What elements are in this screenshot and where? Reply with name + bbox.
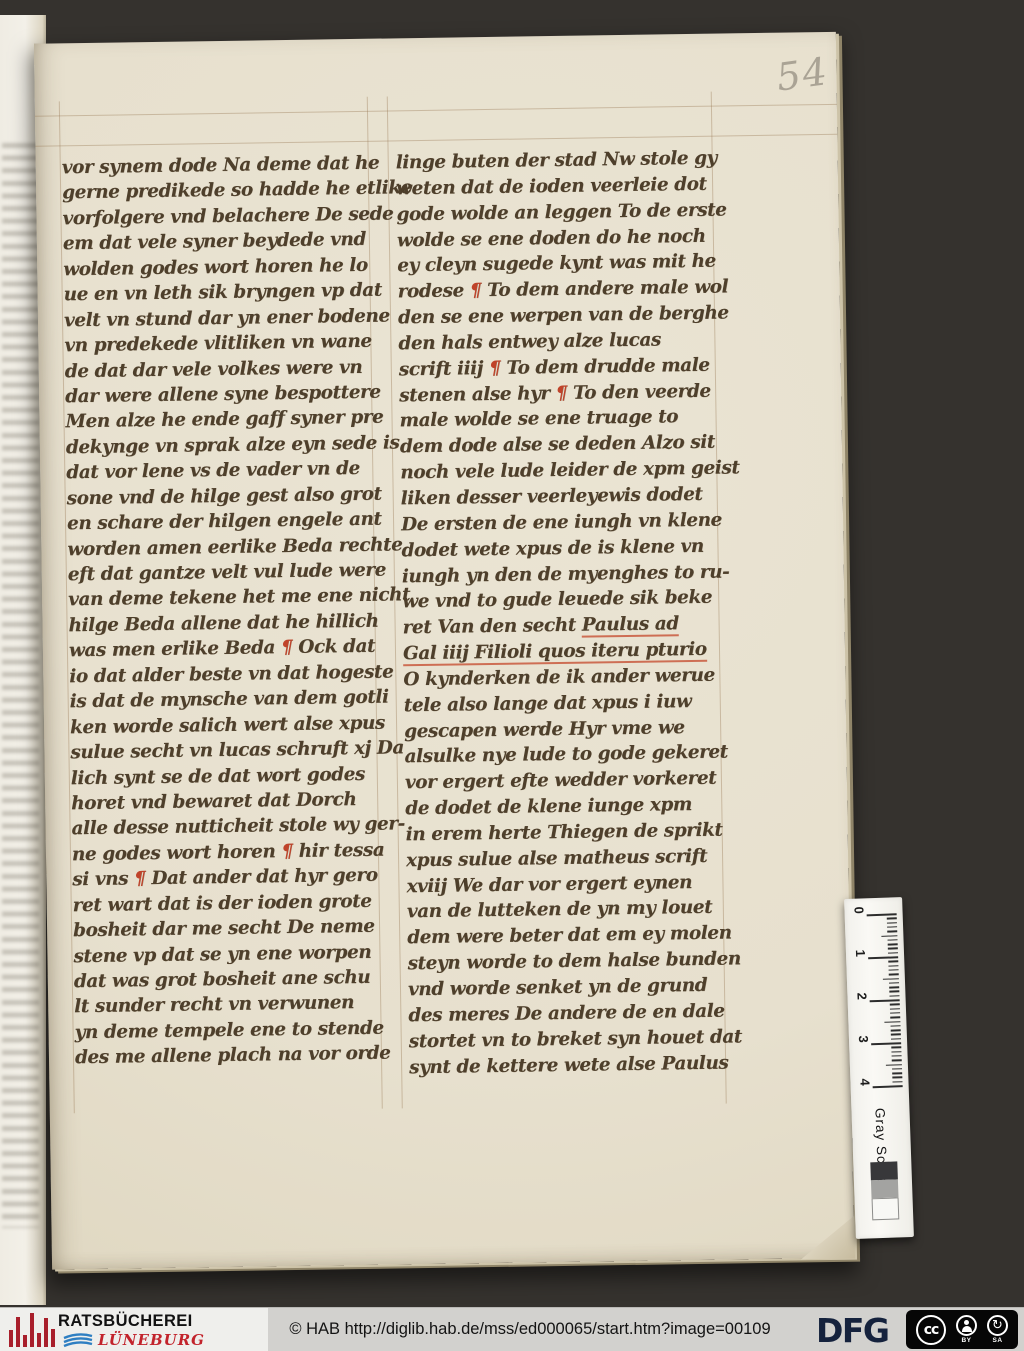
copyright-url: © HAB http://diglib.hab.de/mss/ed000065/… bbox=[250, 1308, 810, 1351]
ruler-tick bbox=[888, 943, 898, 945]
ruler-tick bbox=[891, 1029, 901, 1031]
cc-icon: cc bbox=[916, 1315, 946, 1345]
gray-patch-mid bbox=[871, 1179, 899, 1198]
ruler-tick bbox=[889, 969, 899, 971]
ruler-tick bbox=[889, 973, 899, 975]
library-logo: RATSBÜCHEREI LÜNEBURG bbox=[58, 1312, 205, 1349]
ruler-number: 4 bbox=[857, 1078, 872, 1086]
ruler-tick bbox=[890, 1004, 900, 1006]
ruler-tick bbox=[889, 982, 899, 984]
manuscript-line: des me allene plach na vor orde bbox=[75, 1041, 391, 1071]
sa-label: SA bbox=[992, 1337, 1002, 1344]
manuscript-line: vn predekede vlitliken vn wane bbox=[64, 329, 380, 359]
cc-letters: cc bbox=[924, 1322, 939, 1338]
ruler-tick bbox=[891, 1025, 901, 1027]
ruler-tick bbox=[887, 922, 897, 924]
ruler-tick bbox=[890, 1008, 900, 1010]
ruler-tick bbox=[888, 948, 898, 950]
ruler-tick bbox=[890, 1016, 900, 1018]
text-column-right: linge buten der stad Nw stole gyweten da… bbox=[396, 146, 736, 1081]
grayscale-ruler: 01234 Gray Scale bbox=[844, 897, 914, 1239]
ruler-tick bbox=[870, 999, 900, 1002]
ruler-tick bbox=[892, 1068, 902, 1070]
ruler-tick bbox=[889, 986, 899, 988]
manuscript-line: den se ene werpen van de berghe bbox=[398, 301, 724, 332]
digitized-manuscript-scan: { "manuscript": { "folio_number": "54", … bbox=[0, 0, 1024, 1351]
ruler-tick bbox=[887, 930, 897, 932]
manuscript-line: we vnd to gude leuede sik beke bbox=[402, 585, 728, 616]
showthrough-text bbox=[2, 143, 39, 1228]
by-label: BY bbox=[961, 1337, 971, 1344]
ruler-tick bbox=[891, 1038, 901, 1040]
by-person-icon bbox=[956, 1315, 977, 1336]
ruler-tick bbox=[892, 1077, 902, 1079]
ruler-tick bbox=[892, 1072, 902, 1074]
ruler-tick bbox=[871, 1042, 901, 1045]
ruler-tick bbox=[891, 1051, 901, 1053]
folio-number: 54 bbox=[774, 49, 832, 100]
cc-license-badge: cc BY ↻ SA bbox=[906, 1310, 1018, 1349]
ruler-tick bbox=[886, 1064, 902, 1066]
ruler-tick bbox=[873, 1085, 903, 1088]
ruler-number: 3 bbox=[856, 1035, 871, 1043]
ruler-tick bbox=[892, 1055, 902, 1057]
ruler-tick bbox=[888, 965, 898, 967]
ruler-tick bbox=[868, 956, 898, 959]
ruling-line-horizontal bbox=[35, 104, 837, 117]
ruler-tick bbox=[888, 961, 898, 963]
gray-patch-white bbox=[872, 1197, 900, 1220]
ruler-tick bbox=[889, 995, 899, 997]
ruler-tick bbox=[887, 926, 897, 928]
manuscript-page: 54 vor synem dode Na deme dat hegerne pr… bbox=[34, 32, 854, 1270]
ruler-tick bbox=[892, 1081, 902, 1083]
ruler-tick bbox=[892, 1059, 902, 1061]
ruler-tick bbox=[881, 935, 897, 937]
ruler-tick bbox=[883, 978, 899, 980]
ruler-tick bbox=[867, 913, 897, 916]
gray-patch-dark bbox=[870, 1161, 898, 1180]
ruler-numbers: 01234 bbox=[844, 897, 902, 899]
ruler-tick bbox=[890, 1012, 900, 1014]
ruler-tick bbox=[891, 1034, 901, 1036]
manuscript-line: synt de kettere wete alse Paulus bbox=[409, 1050, 735, 1081]
ruler-tick bbox=[888, 952, 898, 954]
ruler-ticks bbox=[844, 897, 902, 899]
grayscale-patches bbox=[870, 1161, 899, 1220]
page-corner-curl bbox=[788, 1213, 855, 1260]
text-column-left: vor synem dode Na deme dat hegerne predi… bbox=[62, 151, 392, 1071]
ruler-tick bbox=[888, 939, 898, 941]
ruler-tick bbox=[887, 918, 897, 920]
organ-pipes-icon bbox=[9, 1312, 55, 1347]
ruler-tick bbox=[884, 1021, 900, 1023]
ruler-tick bbox=[889, 991, 899, 993]
ruler-tick bbox=[891, 1047, 901, 1049]
footer-bar: RATSBÜCHEREI LÜNEBURG © HAB http://digli… bbox=[0, 1307, 1024, 1351]
open-book-icon bbox=[62, 1333, 94, 1348]
ruler-number: 1 bbox=[853, 949, 868, 957]
sa-icon: ↻ bbox=[987, 1315, 1008, 1336]
library-city: LÜNEBURG bbox=[98, 1331, 205, 1349]
ruler-number: 2 bbox=[854, 992, 869, 1000]
library-name: RATSBÜCHEREI bbox=[58, 1312, 205, 1331]
ruler-number: 0 bbox=[851, 906, 866, 914]
dfg-logo: DFG bbox=[816, 1311, 889, 1350]
manuscript-line: sulue secht vn lucas schruft xj Da bbox=[70, 736, 386, 766]
